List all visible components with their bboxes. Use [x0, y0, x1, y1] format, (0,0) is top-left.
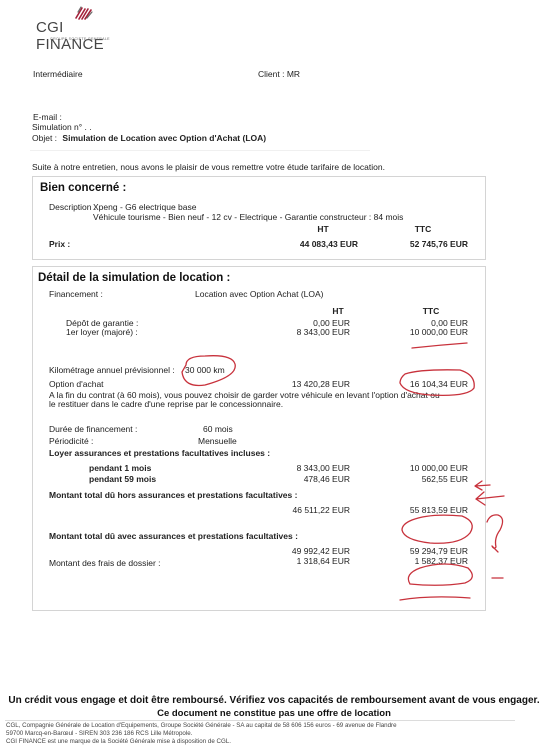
km-label: Kilométrage annuel prévisionnel :	[49, 365, 175, 375]
option-achat-label: Option d'achat	[49, 379, 104, 389]
detail-simulation-section: Détail de la simulation de location : Fi…	[32, 266, 486, 611]
description-line2: Véhicule tourisme - Bien neuf - 12 cv - …	[93, 212, 403, 222]
divider	[30, 150, 370, 151]
total-hors-label: Montant total dû hors assurances et pres…	[49, 490, 297, 500]
periodicite-label: Périodicité :	[49, 436, 93, 446]
intro-text: Suite à notre entretien, nous avons le p…	[32, 162, 385, 172]
loyer-row-1-ht: 8 343,00 EUR	[253, 463, 350, 473]
col-ttc-header: TTC	[411, 306, 451, 316]
loyer-row-1-ttc: 10 000,00 EUR	[363, 463, 468, 473]
cgi-finance-logo: CGI FINANCE GROUPE SOCIETE GENERALE	[32, 6, 132, 42]
periodicite-value: Mensuelle	[198, 436, 237, 446]
not-offer-notice: Ce document ne constitue pas une offre d…	[0, 708, 548, 719]
frais-ht: 1 318,64 EUR	[253, 556, 350, 566]
bien-title: Bien concerné :	[40, 182, 126, 194]
premier-loyer-ht: 8 343,00 EUR	[253, 327, 350, 337]
loyer-row-1-label: pendant 1 mois	[89, 463, 151, 473]
premier-loyer-label: 1er loyer (majoré) :	[66, 327, 138, 337]
total-avec-label: Montant total dû avec assurances et pres…	[49, 531, 298, 541]
description-label: Description :	[49, 202, 96, 212]
km-value: 30 000 km	[185, 365, 225, 375]
total-avec-ttc: 59 294,79 EUR	[363, 546, 468, 556]
prix-ht: 44 083,43 EUR	[263, 239, 358, 249]
objet-label: Objet :	[32, 133, 57, 143]
financement-value: Location avec Option Achat (LOA)	[195, 289, 324, 299]
prix-label: Prix :	[49, 239, 70, 249]
bien-concerne-section: Bien concerné : Description : Xpeng - G6…	[32, 176, 486, 260]
option-achat-ttc: 16 104,34 EUR	[363, 379, 468, 389]
total-hors-ttc: 55 813,59 EUR	[363, 505, 468, 515]
total-avec-ht: 49 992,42 EUR	[253, 546, 350, 556]
logo-brand: CGI FINANCE	[36, 19, 132, 53]
prix-ttc: 52 745,76 EUR	[373, 239, 468, 249]
credit-warning: Un crédit vous engage et doit être rembo…	[0, 695, 548, 706]
legal-line-3: CGI FINANCE est une marque de la Société…	[6, 738, 231, 745]
description-line1: Xpeng - G6 electrique base	[93, 202, 196, 212]
option-text-2: le restituer dans le cadre d'une reprise…	[49, 399, 283, 409]
col-ttc-header: TTC	[403, 224, 443, 234]
loyer-row-2-label: pendant 59 mois	[89, 474, 156, 484]
col-ht-header: HT	[323, 306, 353, 316]
premier-loyer-ttc: 10 000,00 EUR	[363, 327, 468, 337]
option-achat-ht: 13 420,28 EUR	[253, 379, 350, 389]
logo-stripes-icon	[72, 6, 94, 20]
objet-value: Simulation de Location avec Option d'Ach…	[62, 133, 266, 143]
legal-line-1: CGL, Compagnie Générale de Location d'Eq…	[6, 722, 397, 729]
duree-label: Durée de financement :	[49, 424, 137, 434]
objet-line: Objet : Simulation de Location avec Opti…	[32, 133, 266, 143]
total-hors-ht: 46 511,22 EUR	[253, 505, 350, 515]
client-label: Client : MR	[258, 69, 300, 79]
question-mark-icon	[487, 515, 503, 552]
intermediaire-label: Intermédiaire	[33, 69, 83, 79]
logo-subtitle: GROUPE SOCIETE GENERALE	[50, 37, 110, 41]
email-label: E-mail :	[33, 112, 62, 122]
detail-title: Détail de la simulation de location :	[38, 272, 230, 284]
frais-label: Montant des frais de dossier :	[49, 558, 161, 568]
legal-line-2: 59700 Marcq-en-Barœul - SIREN 303 236 18…	[6, 730, 192, 737]
duree-value: 60 mois	[203, 424, 233, 434]
footer-divider	[5, 720, 515, 721]
simulation-number: Simulation n° . .	[32, 122, 92, 132]
loyer-row-2-ht: 478,46 EUR	[253, 474, 350, 484]
col-ht-header: HT	[303, 224, 343, 234]
loyer-row-2-ttc: 562,55 EUR	[363, 474, 468, 484]
loyer-title: Loyer assurances et prestations facultat…	[49, 448, 270, 458]
financement-label: Financement :	[49, 289, 103, 299]
frais-ttc: 1 582,37 EUR	[363, 556, 468, 566]
